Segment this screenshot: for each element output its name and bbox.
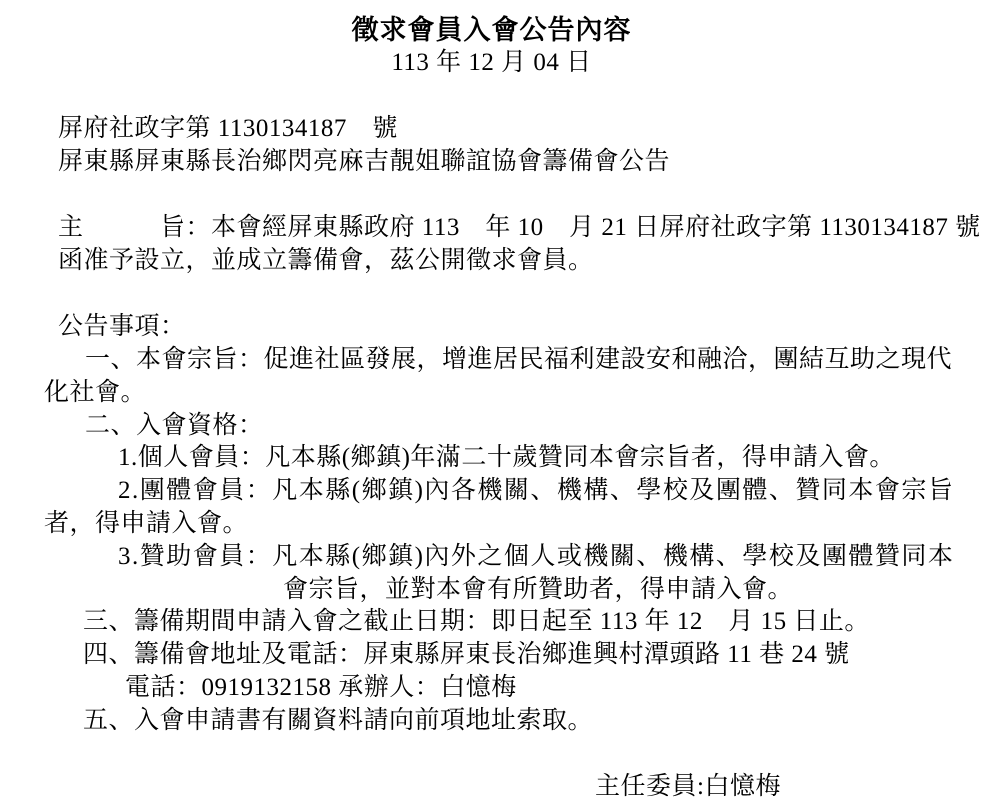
spacer [0,738,983,772]
spacer [0,80,983,114]
item-5: 五、入會申請書有關資料請向前項地址索取。 [0,705,983,738]
item-2-sub-2-line-2: 者，得申請入會。 [0,508,983,541]
announcement-document: 徵求會員入會公告內容 113 年 12 月 04 日 屏府社政字第 113013… [0,0,983,804]
item-4-line-1: 四、籌備會地址及電話：屏東縣屏東長治鄉進興村潭頭路 11 巷 24 號 [0,639,983,672]
item-1-line-1: 一、本會宗旨：促進社區發展，增進居民福利建設安和融洽，團結互助之現代 [0,344,983,377]
item-3: 三、籌備期間申請入會之截止日期：即日起至 113 年 12 月 15 日止。 [0,606,983,639]
doc-title: 徵求會員入會公告內容 [0,14,983,47]
notice-header: 公告事項： [0,311,983,344]
item-1-line-2: 化社會。 [0,377,983,410]
subject-line-2: 函准予設立，並成立籌備會，茲公開徵求會員。 [0,245,983,278]
item-2-sub-2-line-1: 2.團體會員：凡本縣(鄉鎮)內各機關、機構、學校及團體、贊同本會宗旨 [0,475,983,508]
subject-line-1: 主 旨：本會經屏東縣政府 113 年 10 月 21 日屏府社政字第 11301… [0,212,983,245]
item-2-sub-3-line-2: 會宗旨，並對本會有所贊助者，得申請入會。 [0,574,983,607]
spacer [0,278,983,312]
item-2-header: 二、入會資格： [0,410,983,443]
doc-date: 113 年 12 月 04 日 [0,47,983,80]
item-2-sub-1: 1.個人會員：凡本縣(鄉鎮)年滿二十歲贊同本會宗旨者，得申請入會。 [0,442,983,475]
spacer [0,179,983,213]
signature-line: 主任委員:白憶梅 [0,771,983,804]
item-4-line-2: 電話：0919132158 承辦人：白憶梅 [0,672,983,705]
item-2-sub-3-line-1: 3.贊助會員：凡本縣(鄉鎮)內外之個人或機關、機構、學校及團體贊同本 [0,541,983,574]
ref-number: 屏府社政字第 1130134187 號 [0,113,983,146]
org-name: 屏東縣屏東縣長治鄉閃亮麻吉靚姐聯誼協會籌備會公告 [0,146,983,179]
